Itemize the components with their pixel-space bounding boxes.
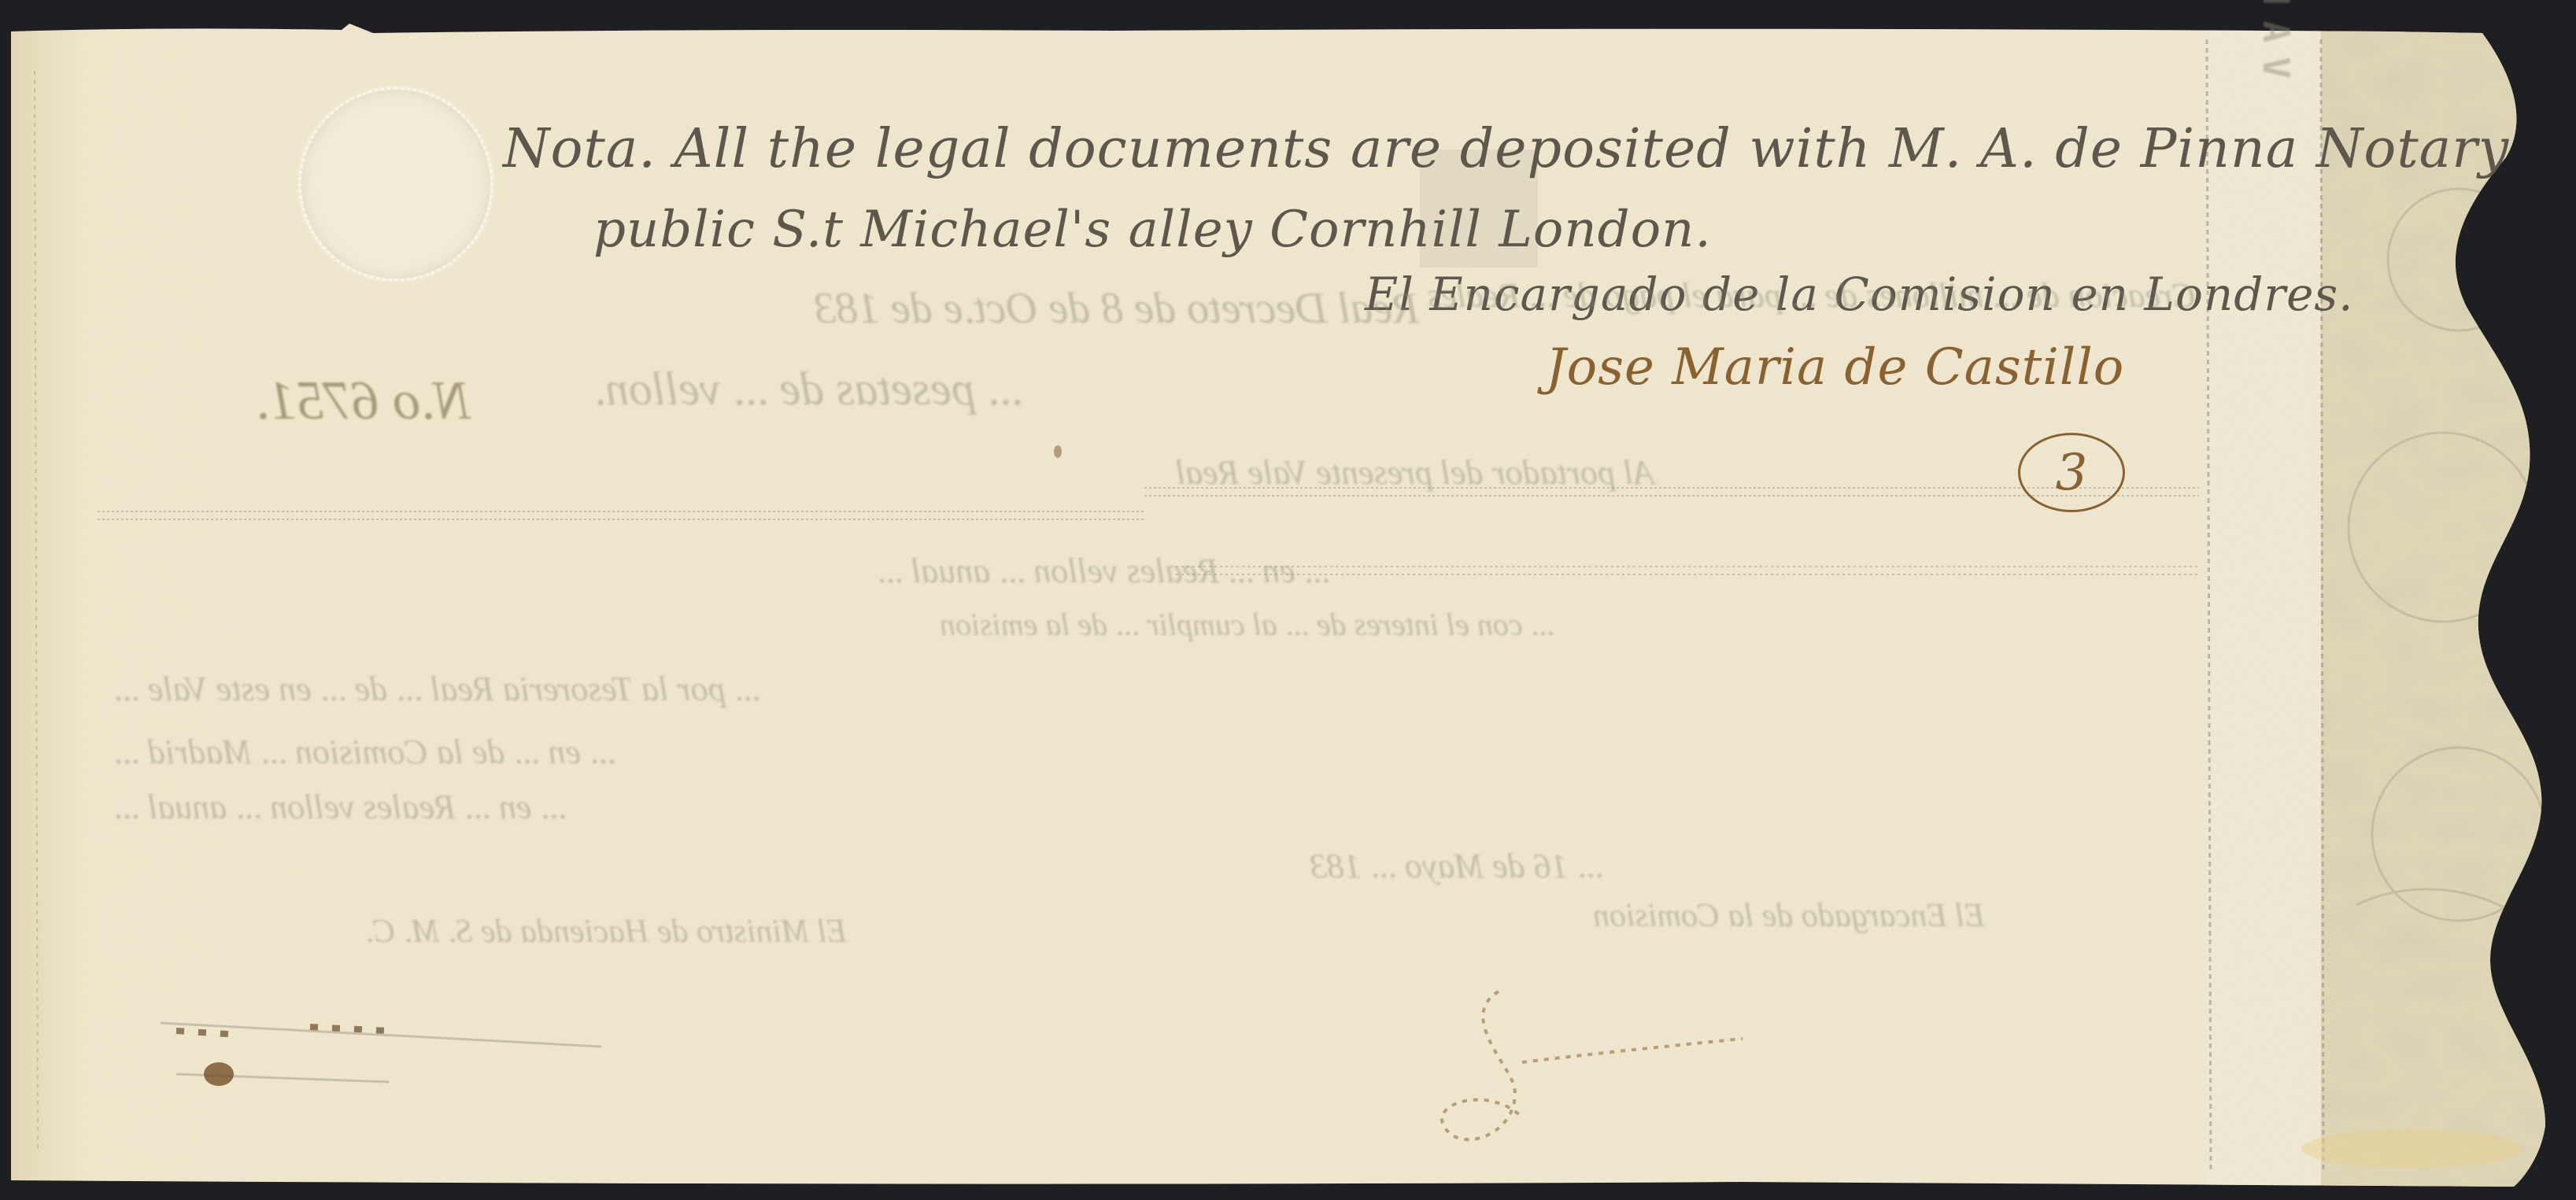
ghost-amount-words: ... pesetas de ... vellon. xyxy=(593,362,1022,416)
ink-spot xyxy=(204,1062,234,1086)
ghost-line-e: ... en ... de la Comision ... Madrid ... xyxy=(113,732,615,772)
ghost-amount-number: N.o 6751. xyxy=(255,370,471,433)
ghost-bottom-scrawl xyxy=(129,999,641,1117)
ghost-line-e2: ... en ... Reales vellon ... anual ... xyxy=(113,787,567,827)
ghost-line-g: El Ministro de Hacienda de S. M. C. xyxy=(365,913,847,951)
ghost-line-d: ... por la Tesoreria Real ... de ... en … xyxy=(113,669,760,709)
document-sheet: Nota. All the legal documents are deposi… xyxy=(11,24,2561,1188)
ghost-line-a: Al portador del presente Vale Real xyxy=(1176,452,1654,493)
signature: Jose Maria de Castillo xyxy=(1546,338,2124,397)
ghost-header-left: Real Decreto de 8 de Oct.e de 183 xyxy=(814,283,1419,334)
ghost-header-right: Creacion de ... millones de ... para el … xyxy=(1428,275,2196,316)
ghost-line-f: El Encargado de la Comision xyxy=(1593,897,1985,935)
ghost-signature-flourish xyxy=(1428,952,1821,1188)
vertical-band-title: VALES REALES DE ESPANA xyxy=(2255,0,2297,79)
endorsement-line-2: public S.t Michael's alley Cornhill Lond… xyxy=(593,201,1712,259)
ghost-line-b: ... en ... Reales vellon ... anual ... xyxy=(877,551,1330,591)
ink-spot xyxy=(1054,445,1062,458)
rubric-number: 3 xyxy=(2056,444,2088,502)
ghost-line-c: ... con el interes de ... al cumplir ...… xyxy=(940,606,1554,643)
endorsement-line-1: Nota. All the legal documents are deposi… xyxy=(503,118,2509,180)
embossed-seal xyxy=(298,87,493,282)
rubric-circled-number: 3 xyxy=(2018,433,2125,512)
ghost-date: ... 16 de Mayo ... 183 xyxy=(1310,846,1603,886)
